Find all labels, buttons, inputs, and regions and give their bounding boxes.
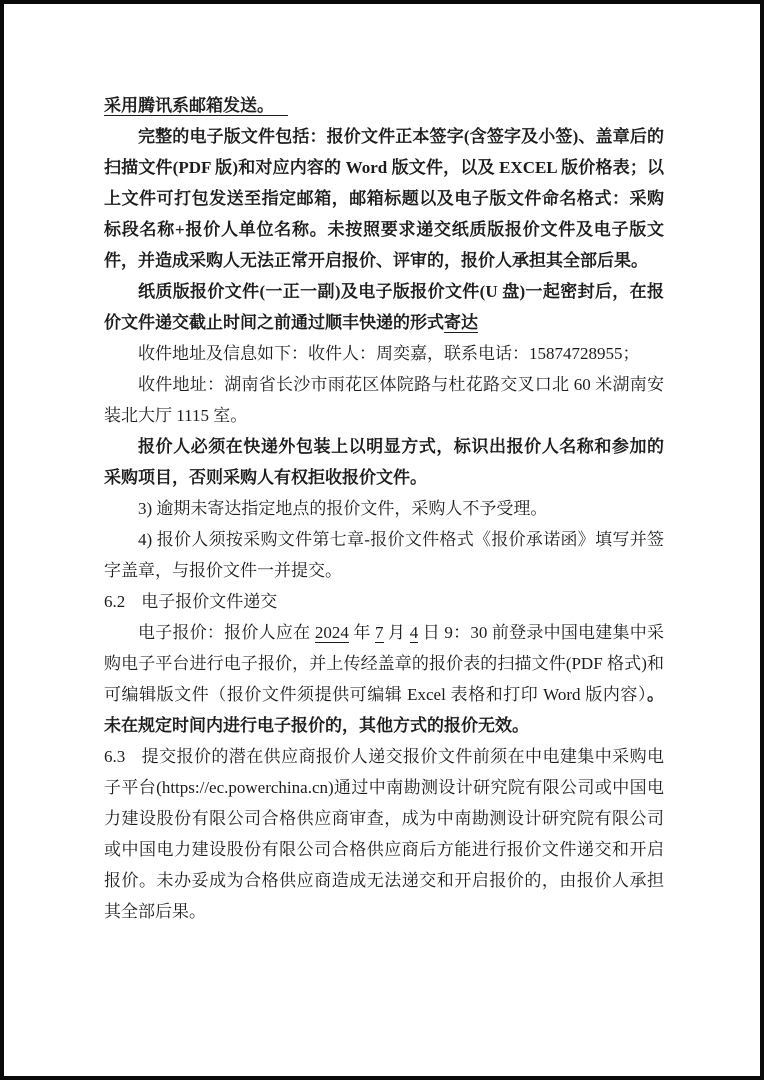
section-number-6-3: 6.3 bbox=[104, 747, 125, 766]
paragraph-recipient-info: 收件地址及信息如下：收件人：周奕嘉，联系电话：15874728955； bbox=[104, 338, 664, 369]
e-quote-text-2: 年 bbox=[349, 623, 375, 642]
page-content: 采用腾讯系邮箱发送。 完整的电子版文件包括：报价文件正本签字(含签字及小签)、盖… bbox=[104, 90, 664, 927]
paragraph-e-quote: 电子报价：报价人应在 2024 年 7 月 4 日 9：30 前登录中国电建集中… bbox=[104, 617, 664, 741]
document-page: 采用腾讯系邮箱发送。 完整的电子版文件包括：报价文件正本签字(含签字及小签)、盖… bbox=[0, 0, 764, 1080]
underlined-year: 2024 bbox=[315, 623, 349, 643]
paper-files-text: 纸质版报价文件(一正一副)及电子版报价文件(U 盘)一起密封后，在报价文件递交截… bbox=[104, 282, 664, 332]
e-quote-text-3: 月 bbox=[384, 623, 410, 642]
paragraph-item-3: 3) 逾期未寄达指定地点的报价文件，采购人不予受理。 bbox=[104, 493, 664, 524]
underlined-email-note-text: 采用腾讯系邮箱发送。 bbox=[104, 96, 288, 116]
paragraph-recipient-address: 收件地址：湖南省长沙市雨花区体院路与杜花路交叉口北 60 米湖南安装北大厅 11… bbox=[104, 369, 664, 431]
section-paragraph-6-3: 6.3提交报价的潜在供应商报价人递交报价文件前须在中电建集中采购电子平台(htt… bbox=[104, 741, 664, 927]
section-title-6-2: 电子报价文件递交 bbox=[141, 592, 277, 611]
paragraph-package-marking: 报价人必须在快递外包装上以明显方式，标识出报价人名称和参加的采购项目，否则采购人… bbox=[104, 431, 664, 493]
paragraph-electronic-files: 完整的电子版文件包括：报价文件正本签字(含签字及小签)、盖章后的扫描文件(PDF… bbox=[104, 121, 664, 276]
section-heading-6-2: 6.2电子报价文件递交 bbox=[104, 586, 664, 617]
underlined-month: 7 bbox=[375, 623, 384, 643]
section-number-6-2: 6.2 bbox=[104, 592, 125, 611]
paragraph-paper-files: 纸质版报价文件(一正一副)及电子版报价文件(U 盘)一起密封后，在报价文件递交截… bbox=[104, 276, 664, 338]
section-text-6-3: 提交报价的潜在供应商报价人递交报价文件前须在中电建集中采购电子平台(https:… bbox=[104, 747, 664, 921]
paragraph-email-note: 采用腾讯系邮箱发送。 bbox=[104, 90, 664, 121]
underlined-day: 4 bbox=[410, 623, 419, 643]
e-quote-text-1: 电子报价：报价人应在 bbox=[138, 623, 315, 642]
underlined-delivery-text: 寄达 bbox=[444, 313, 478, 333]
paragraph-item-4: 4) 报价人须按采购文件第七章-报价文件格式《报价承诺函》填写并签字盖章，与报价… bbox=[104, 524, 664, 586]
